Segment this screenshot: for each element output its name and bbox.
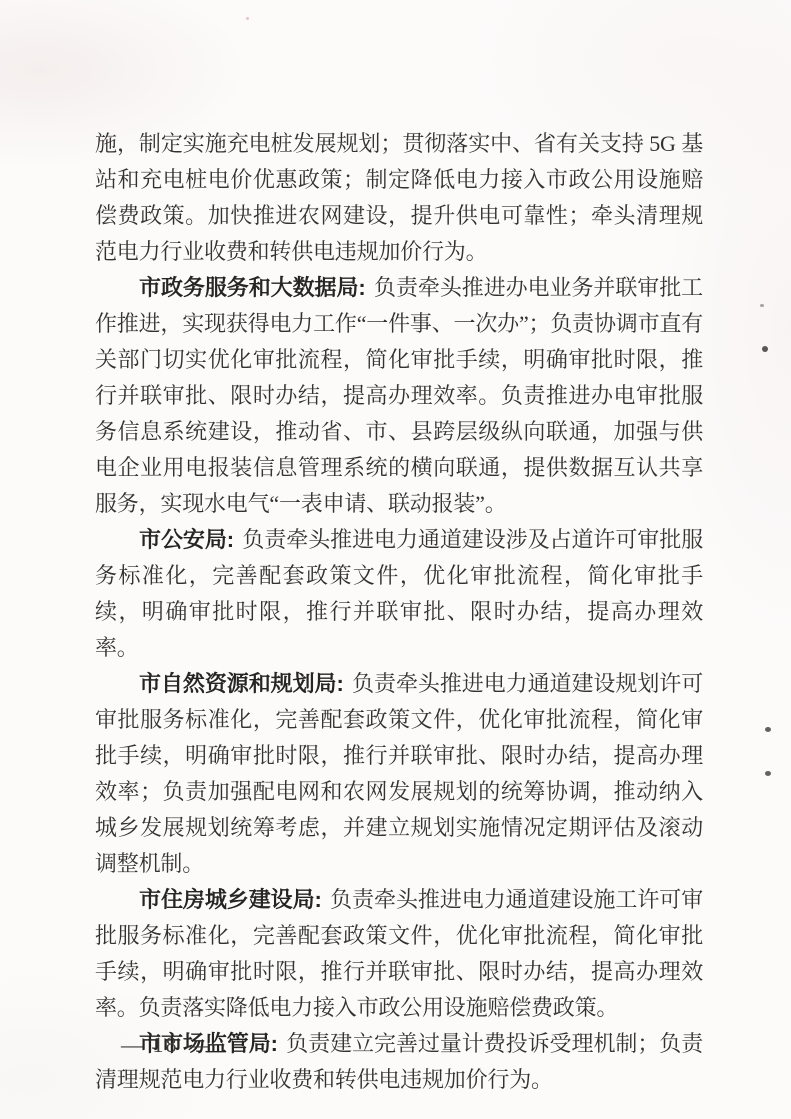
paragraph-label: 市自然资源和规划局:	[139, 671, 344, 696]
paragraph-text: 施，制定实施充电桩发展规划；贯彻落实中、省有关支持 5G 基站和充电桩电价优惠政…	[95, 131, 703, 264]
scan-artifact-dot	[765, 771, 771, 776]
paragraph-label: 市住房城乡建设局:	[139, 887, 322, 912]
paragraph-text: 负责牵头推进办电业务并联审批工作推进，实现获得电力工作“一件事、一次办”；负责协…	[95, 275, 703, 516]
document-body: 施，制定实施充电桩发展规划；贯彻落实中、省有关支持 5G 基站和充电桩电价优惠政…	[95, 126, 703, 1098]
scan-artifact-speck	[246, 17, 249, 20]
paragraph-natural-resources-planning-bureau: 市自然资源和规划局:负责牵头推进电力通道建设规划许可审批服务标准化，完善配套政策…	[95, 666, 703, 882]
paragraph-public-security-bureau: 市公安局:负责牵头推进电力通道建设涉及占道许可审批服务标准化，完善配套政策文件，…	[95, 522, 703, 666]
paragraph-label: 市政务服务和大数据局:	[139, 275, 366, 300]
paragraph-housing-urban-rural-construction-bureau: 市住房城乡建设局:负责牵头推进电力通道建设施工许可审批服务标准化，完善配套政策文…	[95, 882, 703, 1026]
scan-artifact-dot	[760, 304, 764, 307]
scanned-document-page: 施，制定实施充电桩发展规划；贯彻落实中、省有关支持 5G 基站和充电桩电价优惠政…	[0, 0, 791, 1119]
paragraph-text: 负责牵头推进电力通道建设规划许可审批服务标准化，完善配套政策文件，优化审批流程，…	[95, 671, 703, 876]
scan-artifact-dot	[765, 727, 771, 732]
scan-artifact-dot	[762, 346, 768, 352]
paragraph-label: 市公安局:	[139, 527, 234, 552]
paragraph-government-services-big-data-bureau: 市政务服务和大数据局:负责牵头推进办电业务并联审批工作推进，实现获得电力工作“一…	[95, 270, 703, 522]
page-number: — 18 —	[121, 1032, 210, 1058]
paragraph-continuation: 施，制定实施充电桩发展规划；贯彻落实中、省有关支持 5G 基站和充电桩电价优惠政…	[95, 126, 703, 270]
